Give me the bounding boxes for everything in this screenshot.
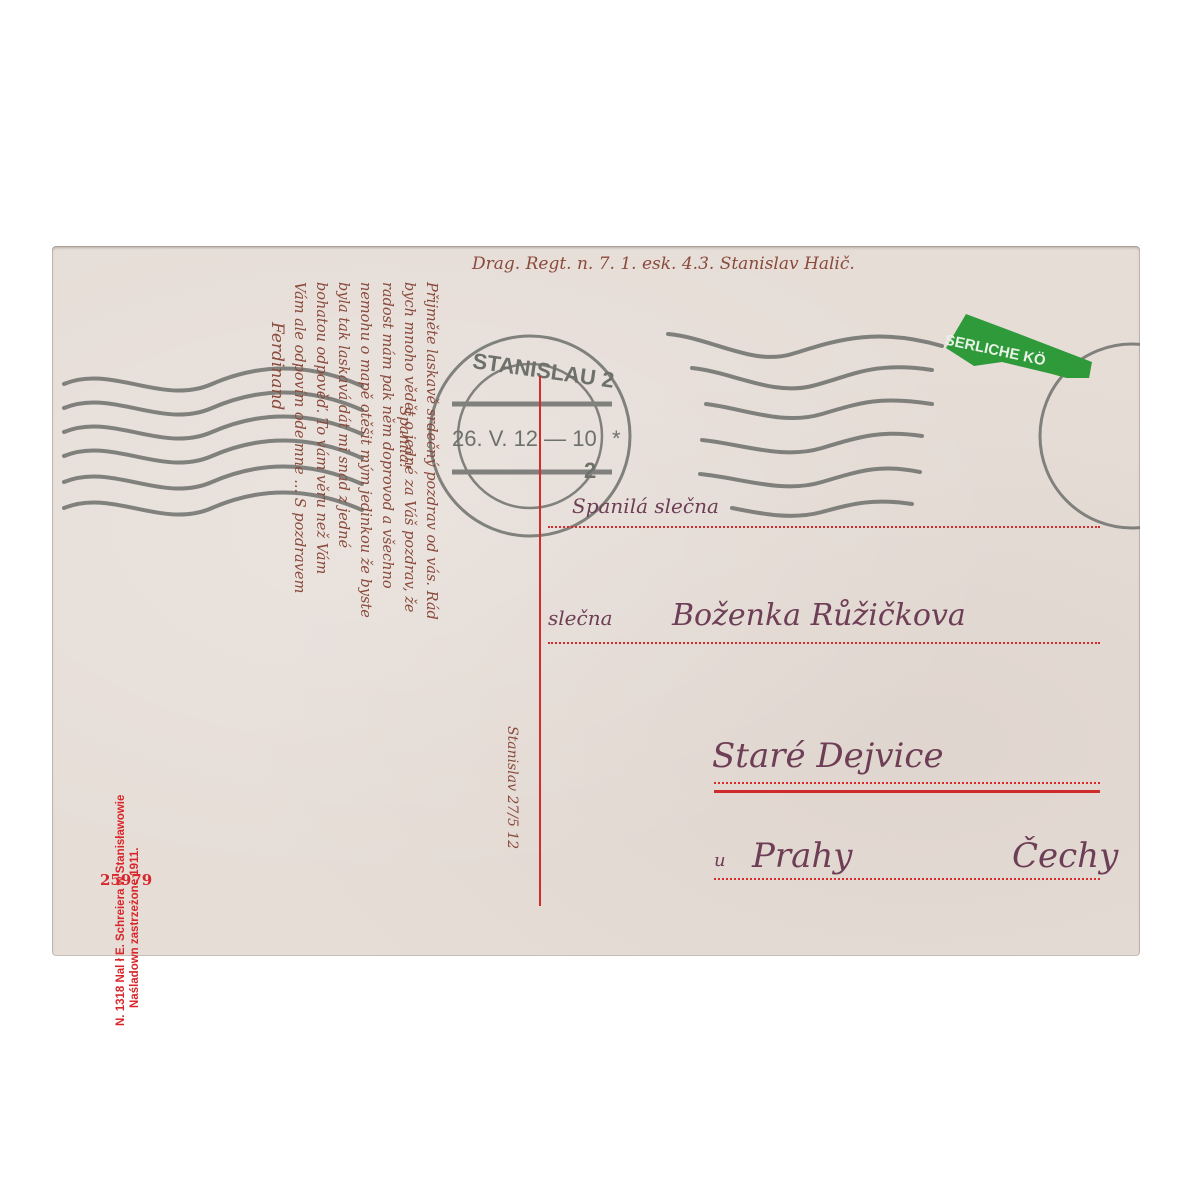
postcard-back: STANISLAU 2 26. V. 12 — 10 * 2 SERLICHE … (52, 246, 1140, 956)
message-line: radost mám pak něm doprovod a všechno (376, 282, 398, 922)
address-rule-2 (548, 642, 1100, 644)
postage-stamp: SERLICHE KÖ (942, 308, 1092, 378)
address-rule-3-solid (714, 790, 1100, 793)
address-line-2-prefix: slečna (548, 606, 613, 630)
message-line: Vám ale odpovím ode mne ... S pozdravem (288, 282, 310, 922)
message-line: byla tak laskavá dát mi snad z jedné (332, 282, 354, 922)
address-divider (539, 376, 541, 906)
postmark-star: * (612, 426, 621, 452)
message-body: Přijměte laskavě srdečný pozdrav od vás.… (142, 282, 442, 922)
message-line: bohatou odpověď. To vám věru než Vám (310, 282, 332, 922)
address-rule-1 (548, 526, 1100, 528)
address-line-4-prefix: u (714, 850, 726, 871)
address-city: Prahy (752, 836, 853, 876)
address-region: Čechy (1012, 836, 1118, 876)
address-rule-3 (714, 782, 1100, 784)
message-line: nemohu o mapě otěšit mým jedinkou že bys… (354, 282, 376, 922)
message-line: Přijměte laskavě srdečný pozdrav od vás.… (420, 282, 442, 922)
address-recipient-name: Boženka Růžičkova (672, 598, 966, 633)
address-line-1: Spanilá slečna (572, 494, 719, 518)
imprint-line-1: N. 1318 Nal ł E. Schreiera w Stanisławow… (114, 666, 128, 1026)
imprint-line-2: Naśladown zastrzeżone 1911. (128, 666, 142, 1026)
message-signature: Ferdinand (266, 282, 288, 922)
publisher-imprint: N. 1318 Nal ł E. Schreiera w Stanisławow… (114, 666, 142, 1026)
side-note: Stanislav 27/5 12 (504, 726, 520, 849)
postmark-date: 26. V. 12 — 10 (452, 426, 597, 452)
postmark-code: 2 (584, 458, 596, 484)
message-greeting: Spanilá! (396, 406, 414, 469)
address-line-3: Staré Dejvice (712, 736, 944, 776)
address-rule-4 (714, 878, 1100, 880)
message-line: bych mnoho vědět o jedné za Váš pozdrav,… (398, 282, 420, 922)
sender-header: Drag. Regt. n. 7. 1. esk. 4.3. Stanislav… (472, 254, 855, 274)
